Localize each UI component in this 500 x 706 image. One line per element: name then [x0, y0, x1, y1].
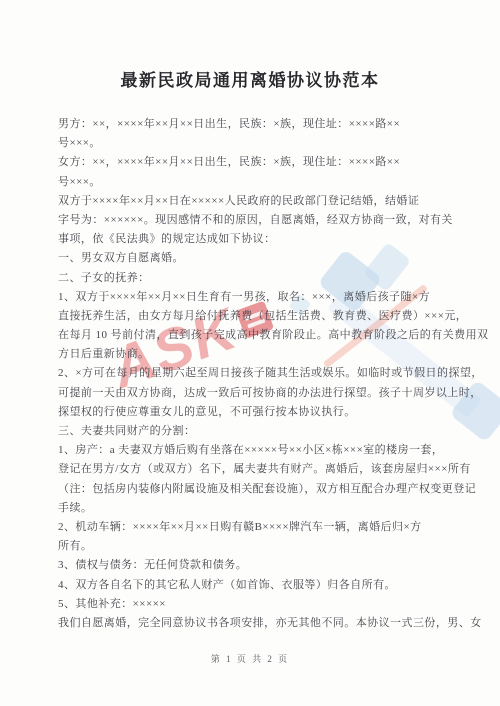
- document-line: 2、×方可在每月的星期六起至周日接孩子随其生活或娱乐。如临时或节假日的探望，: [58, 364, 444, 383]
- document-line: 3、债权与债务：无任何贷款和债务。: [58, 556, 444, 575]
- document-line: 1、双方于××××年××月××日生育有一男孩，取名：×××，离婚后孩子随×方: [58, 288, 444, 307]
- document-title: 最新民政局通用离婚协议协范本: [0, 66, 500, 91]
- document-body: 男方：××，××××年××月××日出生，民族：×族，现住址：××××路×× 号×…: [58, 115, 444, 633]
- document-line: 事项，依《民法典》的规定达成如下协议：: [58, 230, 444, 249]
- document-line: 男方：××，××××年××月××日出生，民族：×族，现住址：××××路××: [58, 115, 444, 134]
- document-page: ASK 最新民政局通用离婚协议协范本 男方：××，××××年××月××日出生，民…: [0, 0, 500, 706]
- document-line: 方日后重新协商。: [58, 345, 444, 364]
- document-line: 三、夫妻共同财产的分割：: [58, 422, 444, 441]
- document-line: （注：包括房内装修内附属设施及相关配套设施），双方相互配合办理产权变更登记: [58, 480, 444, 499]
- document-line: 号×××。: [58, 173, 444, 192]
- document-line: 手续。: [58, 499, 444, 518]
- page-number-footer: 第 1 页 共 2 页: [0, 652, 500, 665]
- document-line: 一、男女双方自愿离婚。: [58, 249, 444, 268]
- document-line: 号×××。: [58, 134, 444, 153]
- document-line: 二、子女的抚养：: [58, 269, 444, 288]
- document-line: 所有。: [58, 537, 444, 556]
- document-line: 登记在男方/女方（或双方）名下，属夫妻共有财产。离婚后，该套房屋归×××所有: [58, 460, 444, 479]
- document-line: 我们自愿离婚，完全同意协议书各项安排，亦无其他不同。本协议一式三份，男、女: [58, 614, 444, 633]
- document-line: 直接抚养生活，由女方每月给付抚养费（包括生活费、教育费、医疗费）×××元，: [58, 307, 444, 326]
- document-line: 4、双方各自名下的其它私人财产（如首饰、衣服等）归各自所有。: [58, 576, 444, 595]
- document-line: 1、房产：a 夫妻双方婚后购有坐落在×××××号××小区×栋×××室的楼房一套，: [58, 441, 444, 460]
- document-line: 在每月 10 号前付清，直到孩子完成高中教育阶段止。高中教育阶段之后的有关费用双: [58, 326, 444, 345]
- document-line: 5、其他补充：×××××: [58, 595, 444, 614]
- document-line: 探望权的行使应尊重女儿的意见，不可强行按本协议执行。: [58, 403, 444, 422]
- document-line: 双方于××××年××月××日在×××××人民政府的民政部门登记结婚，结婚证: [58, 192, 444, 211]
- document-line: 2、机动车辆：××××年××月××日购有赣B××××牌汽车一辆，离婚后归×方: [58, 518, 444, 537]
- document-line: 字号为：××××××。现因感情不和的原因，自愿离婚，经双方协商一致，对有关: [58, 211, 444, 230]
- document-line: 女方：××，××××年××月××日出生，民族：×族，现住址：××××路××: [58, 153, 444, 172]
- document-line: 可提前一天由双方协商，达成一致后可按协商的办法进行探望。孩子十周岁以上时，: [58, 384, 444, 403]
